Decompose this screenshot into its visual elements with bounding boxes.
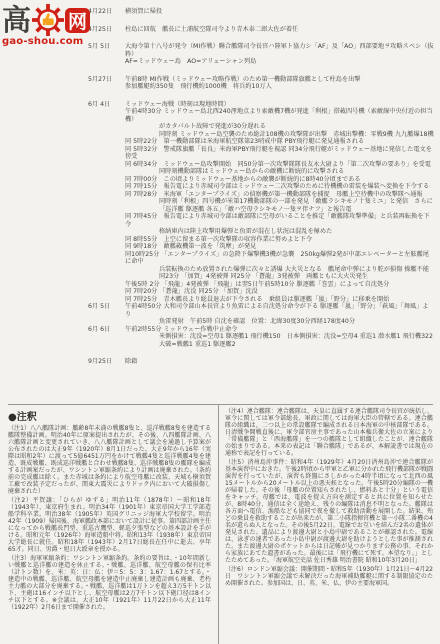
annotations-header: ●注釈 xyxy=(8,408,211,423)
timeline-text: がカタパルト故障で発進が30分遅れる xyxy=(125,123,434,131)
battle-timeline: 4月22日横須賀に帰投4月25日柱島に回航 艦長に土浦航空隊司令より青木泰二郎大… xyxy=(88,8,434,376)
timeline-entry-lines: 午前2時55分 ミッドウェー作戦中止命令米側損害：沈没=空母1 駆逐艦1 飛行機… xyxy=(125,326,434,349)
annotations-right-column: （注4）連合艦隊：連合艦隊は、天皇に直属する連合艦隊司令長官が統括し、軍令に関し… xyxy=(218,404,433,644)
timeline-text: 同 5時32分 警戒隊旗艦「長良」米海軍PBY飛行艇を視認 同34分飛行艇がミッ… xyxy=(125,146,434,161)
note-paragraph: （注5）済州島沖事件：昭和4年（1929年）4月20日済州島沖で連合艦隊が基本演… xyxy=(225,459,433,564)
timeline-text: 同 7時00分 この頃よりミッドウェー基地からの敵襲が断続的に8時40分頃まであ… xyxy=(125,176,434,184)
timeline-text: 同23分 「加賀」4発被弾 同25分 「蒼龍」3発被弾 両艦ともに大火災発生 xyxy=(125,273,434,281)
timeline-text: 横須賀に帰投 xyxy=(125,8,434,16)
timeline-entry: 6月 4日ミッドウェー海戦（時刻は現地時間）午前4時30分 ミッドウェー島北西2… xyxy=(88,101,434,304)
timeline-date: 6月 6日 xyxy=(88,326,125,349)
timeline-entry: 9月25日除籍 xyxy=(88,358,434,366)
logo-domain-text: gao-shou.com xyxy=(2,36,110,48)
timeline-text: AF=ミッドウェー島 AO=アリューシャン列島 xyxy=(125,58,434,66)
timeline-entry-lines: 午前4時50分 大和司令部山本長官より魚雷による自沈処分命令が下る 駆逐艦「嵐」… xyxy=(125,303,434,326)
note-paragraph: （注6）ロンドン軍縮会議：開催期間・昭和5年（1930年）1月21日～4月22日… xyxy=(225,566,433,587)
scanned-document-page: 4月22日横須賀に帰投4月25日柱島に回航 艦長に土浦航空隊司令より青木泰二郎大… xyxy=(0,0,440,644)
timeline-text: 兵装転換のため放置された爆弾に次々と誘爆 大火災となる 艦尾命中弾により舵が損傷… xyxy=(125,266,434,274)
annotations-section: ●注釈 （注1）八八艦隊計画：艦齢8年未満の戦艦8隻と、巡洋戦艦8隻を建造する艦… xyxy=(8,404,433,644)
timeline-text: 同 8時55分 上空に留まる第一次攻撃隊の収容作業に努めよと下令 xyxy=(125,236,434,244)
timeline-entry: 5月 5日大海令第十八号が発令（MI作戦）聯合艦隊司令長官ハ陸軍ト協力シ「AF」… xyxy=(88,43,434,66)
timeline-text: 午前4時30分 ミッドウェー島北西240浬地点より索敵機7機が発進「利根」搭載四… xyxy=(125,108,434,123)
timeline-text: 同時刻機動部隊はミッドウェー島からの敵機に断続的に攻撃される xyxy=(125,168,434,176)
timeline-entry: 4月22日横須賀に帰投 xyxy=(88,8,434,16)
timeline-text: 午前2時55分 ミッドウェー作戦中止命令 xyxy=(125,326,434,334)
timeline-text: 同時刻「利根」四号機が米第17機動部隊の一部を発見「敵艦ラシキモノ十隻ミユ」と発… xyxy=(125,198,434,206)
timeline-date: 5月27日 xyxy=(88,76,125,91)
note-paragraph: （注2）平賀譲：「ひらが ゆずる」明治11年（1878年）～昭和18年（1943… xyxy=(8,497,211,553)
timeline-text: 「巡洋艦 駆逐艦 各五」「敵ハ空母ラシキモノ一隻ヲ伴ナフ」と報告電 xyxy=(125,206,434,214)
annotations-left-body: （注1）八八艦隊計画：艦齢8年未満の戦艦8隻と、巡洋戦艦8隻を建造する艦隊整備計… xyxy=(8,425,211,611)
note-paragraph: （注4）連合艦隊：連合艦隊は、天皇に直属する連合艦隊司令長官が統括し、軍令に関し… xyxy=(225,408,433,457)
timeline-text: 午後5時 2分 「飛龍」4発被弾 「飛龍」は翌5日午前5時10分 駆逐艦「巻雲」… xyxy=(125,281,434,289)
timeline-text: 柱島に回航 艦長に土浦航空隊司令より青木泰二郎大佐が着任 xyxy=(125,26,434,34)
logo-row: 高 xyxy=(2,4,110,36)
timeline-text: 大破=戦艦1 重巡1 駆逐艦2 xyxy=(125,341,434,349)
timeline-text: 参加艦艇約350隻 飛行機約1000機 将兵約10万人 xyxy=(125,83,434,91)
timeline-entry: 4月25日柱島に回航 艦長に土浦航空隊司令より青木泰二郎大佐が着任 xyxy=(88,26,434,34)
timeline-text: 同 7時28分 米海軍「エンタープライズ」の偵察機が第一機動部隊を捕捉 母艦上空… xyxy=(125,191,434,199)
timeline-date: 9月25日 xyxy=(88,358,125,366)
timeline-text: 午前8時 MI作戦（ミッドウェー攻略作戦）のため第一機動部隊旗艦として柱島を出撃 xyxy=(125,76,434,84)
watermark-logo: 高 xyxy=(2,4,110,48)
timeline-entry-lines: ミッドウェー海戦（時刻は現地時間）午前4時30分 ミッドウェー島北西240浬地点… xyxy=(125,101,434,304)
timeline-entry-lines: 午前8時 MI作戦（ミッドウェー攻略作戦）のため第一機動部隊旗艦として柱島を出撃… xyxy=(125,76,434,91)
timeline-text: 魚雷発射 午前5時 自沈を確認 位置：北緯30度30分西経178度40分 xyxy=(125,318,434,326)
timeline-entry-lines: 横須賀に帰投 xyxy=(125,8,434,16)
logo-char-left: 高 xyxy=(2,5,31,35)
gear-thumbsup-icon xyxy=(32,4,64,36)
timeline-entry-lines: 除籍 xyxy=(125,358,434,366)
timeline-text: 除籍 xyxy=(125,358,434,366)
timeline-text: ミッドウェー海戦（時刻は現地時間） xyxy=(125,101,434,109)
timeline-text: 米側損害：沈没=空母1 駆逐艦1 飛行機150 日本側損害：沈没=空母4 重巡1… xyxy=(125,333,434,341)
note-paragraph: （注3）海軍軍縮条約：ワシントン軍縮条約。条約の要旨は、・10年間新しい戦艦と巡… xyxy=(8,555,211,611)
timeline-text: 同 6時34分 ミッドウェー島攻撃開始 同50分第一次攻撃隊隊長友永大尉より「第… xyxy=(125,161,434,169)
timeline-entry: 6月 5日午前4時50分 大和司令部山本長官より魚雷による自沈処分命令が下る 駆… xyxy=(88,303,434,326)
note-paragraph: （注1）八八艦隊計画：艦齢8年未満の戦艦8隻と、巡洋戦艦8隻を建造する艦隊整備計… xyxy=(8,425,211,495)
timeline-date: 6月 4日 xyxy=(88,101,125,304)
timeline-text: 同10時25分 「エンタープライズ」の急降下爆撃機3機が急襲 250kg爆弾2発… xyxy=(125,251,434,266)
timeline-entry-lines: 柱島に回航 艦長に土浦航空隊司令より青木泰二郎大佐が着任 xyxy=(125,26,434,34)
timeline-text: 同 7時25分 青木艦長より総員退去が下令される 乗組員は駆逐艦「嵐」「野分」に… xyxy=(125,296,434,304)
timeline-date: 6月 5日 xyxy=(88,303,125,326)
timeline-text: 同 5時22分 第一機動部隊は米海軍航空隊第23哨戒中隊 PBY飛行艇に発見通報… xyxy=(125,138,434,146)
timeline-text: 同 7時45分 報告電により赤城司令部は敵部隊に空母がいることを推定「敵艦隊攻撃… xyxy=(125,213,434,228)
timeline-entry-lines: 大海令第十八号が発令（MI作戦）聯合艦隊司令長官ハ陸軍ト協力シ「AF」及「AO」… xyxy=(125,43,434,66)
timeline-text: 同 7時15分 報告電により赤城司令部はミッドウェー二次攻撃のために待機機の雷装… xyxy=(125,183,434,191)
timeline-text: 大海令第十八号が発令（MI作戦）聯合艦隊司令長官ハ陸軍ト協力シ「AF」及「AO」… xyxy=(125,43,434,58)
logo-char-right: 网 xyxy=(65,8,90,33)
timeline-text: 同時刻 ミッドウェー島空襲のため総計108機の攻撃隊が出撃 赤城出撃機：零戦9機… xyxy=(125,131,434,139)
annotations-left-column: ●注釈 （注1）八八艦隊計画：艦齢8年未満の戦艦8隻と、巡洋戦艦8隻を建造する艦… xyxy=(8,404,218,644)
annotations-right-body: （注4）連合艦隊：連合艦隊は、天皇に直属する連合艦隊司令長官が統括し、軍令に関し… xyxy=(225,408,433,587)
timeline-text: 格納庫内は陸上攻撃用爆弾と魚雷が混在し状況は混乱を極めた xyxy=(125,228,434,236)
timeline-text: 同 9時18分 敵艦載機第一波を「筑摩」が発見 xyxy=(125,243,434,251)
timeline-entry: 5月27日午前8時 MI作戦（ミッドウェー攻略作戦）のため第一機動部隊旗艦として… xyxy=(88,76,434,91)
timeline-text: 午前4時50分 大和司令部山本長官より魚雷による自沈処分命令が下る 駆逐艦「嵐」… xyxy=(125,303,434,318)
timeline-entry: 6月 6日午前2時55分 ミッドウェー作戦中止命令米側損害：沈没=空母1 駆逐艦… xyxy=(88,326,434,349)
timeline-text: 同 7時20分 「蒼龍」沈没 同25分 「加賀」沈没 xyxy=(125,288,434,296)
